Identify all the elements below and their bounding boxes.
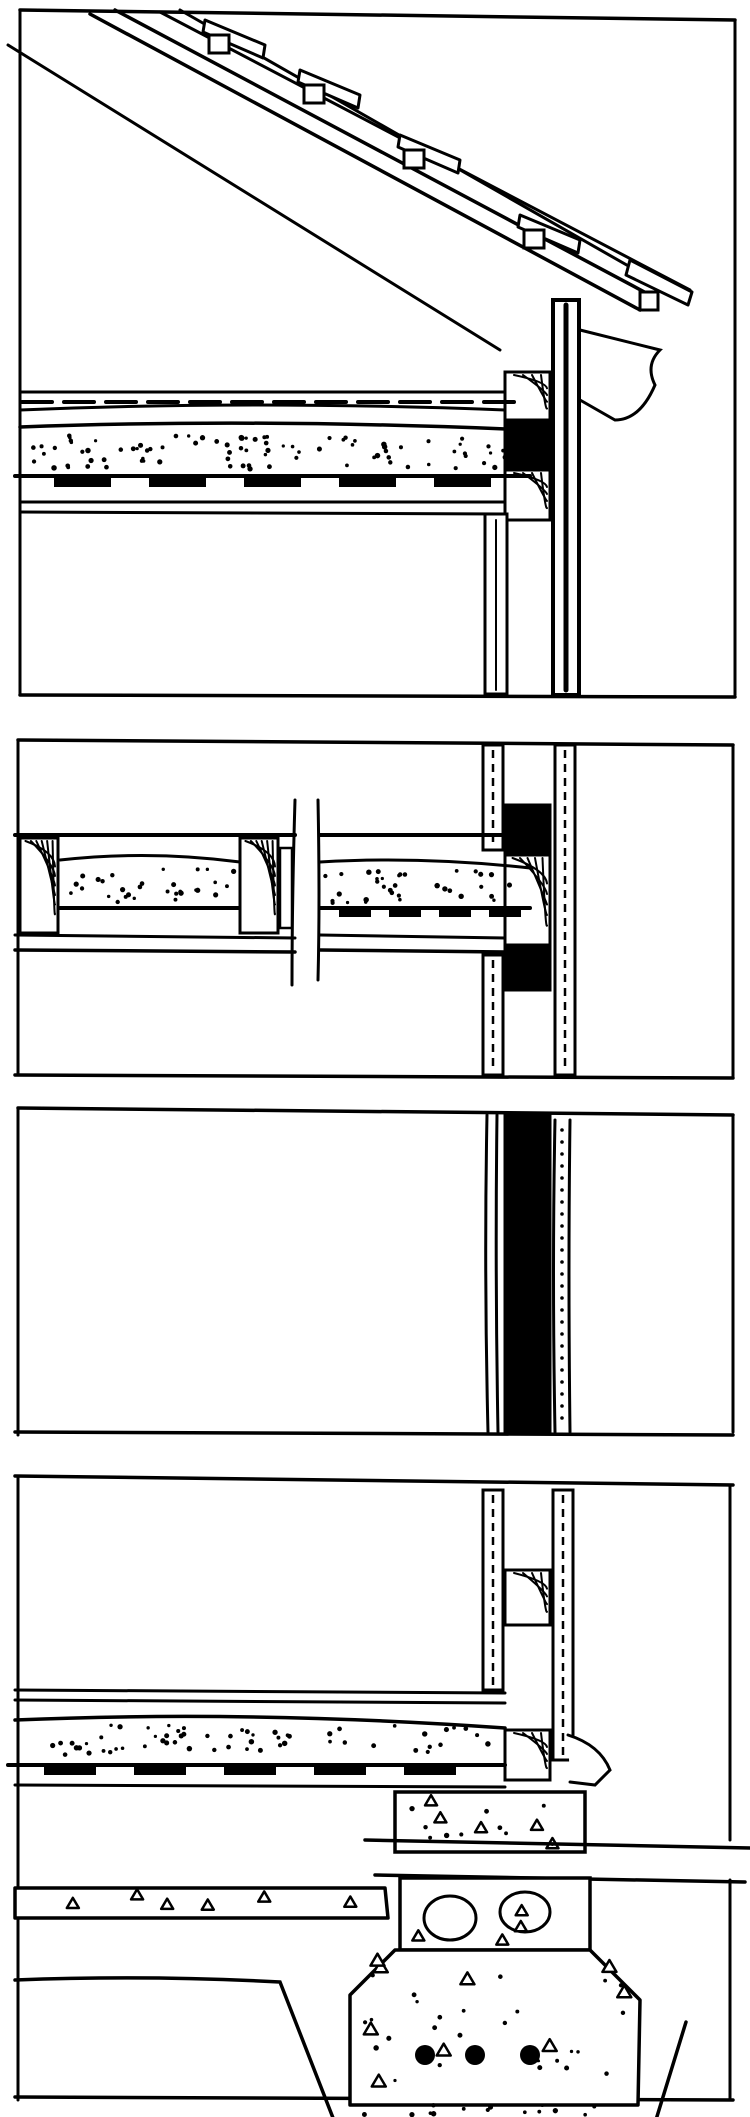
insulation-dot [100, 879, 104, 883]
insulation-dot [317, 447, 322, 452]
insulation-dot [121, 1746, 125, 1750]
eave-fascia [580, 330, 660, 420]
insulation-dot [116, 900, 120, 904]
aggregate-dot [604, 2071, 608, 2075]
insulation-dot [239, 435, 245, 441]
aggregate-dot [515, 2010, 519, 2014]
roof-batten [209, 35, 229, 53]
aggregate-dot [438, 2063, 442, 2067]
insulation-top [60, 855, 240, 862]
insulation-dot [200, 435, 205, 440]
aggregate-triangle [370, 1954, 384, 1966]
batten-strip [340, 476, 395, 486]
batten-strip [435, 476, 490, 486]
cladding-dot [560, 1128, 564, 1132]
cladding-dot [560, 1224, 564, 1228]
insulation-dot [454, 466, 458, 470]
insulation-dot [258, 1748, 263, 1753]
insulation-dot [330, 899, 334, 903]
cladding-dot [560, 1392, 564, 1396]
insulation-dot [194, 888, 197, 891]
cladding-dot [560, 1320, 564, 1324]
rubble-stone [424, 1896, 476, 1940]
insulation-dot [53, 446, 57, 450]
roof-batten [304, 85, 324, 103]
batten-strip [490, 908, 520, 916]
batten-strip [405, 1765, 455, 1774]
insulation-dot [114, 1747, 118, 1751]
insulation-dot [478, 872, 483, 877]
panel-foundation [8, 1476, 750, 2117]
insulation-dot [213, 892, 218, 897]
insulation-dot [492, 465, 497, 470]
insulation-dot [167, 1724, 170, 1727]
insulation-dot [131, 446, 136, 451]
aggregate-dot [371, 1973, 375, 1977]
insulation-dot [164, 1733, 169, 1738]
insulation-dot [327, 1731, 332, 1736]
aggregate-dot [503, 2021, 507, 2025]
insulation-dot [428, 1745, 432, 1749]
insulation-dot [452, 1726, 456, 1730]
frame-top [18, 1108, 733, 1115]
insulation-dot [70, 441, 74, 445]
insulation-dot [74, 1745, 79, 1750]
panel-intermediate-floor [15, 740, 733, 1078]
insulation-dot [146, 1726, 149, 1729]
insulation-dot [212, 1748, 216, 1752]
insulation-dot [264, 453, 267, 456]
batten-strip [440, 908, 470, 916]
insulation-dot [133, 897, 136, 900]
aggregate-dot [393, 2079, 396, 2082]
insulation-dot [249, 1739, 254, 1744]
interior-wall [483, 1490, 503, 1690]
insulation-dot [388, 460, 392, 464]
ceiling-board-bottom [320, 950, 505, 952]
insulation-dot [193, 441, 198, 446]
aggregate-dot [621, 2011, 625, 2015]
insulation-dot [196, 867, 200, 871]
aggregate-dot [542, 1804, 546, 1808]
insulation-dot [225, 884, 229, 888]
insulation-dot [166, 890, 170, 894]
insulation-dot [327, 436, 331, 440]
insulation-dot [479, 885, 483, 889]
insulation-dot [486, 444, 490, 448]
insulation-dot [403, 872, 408, 877]
insulation-dot [171, 882, 176, 887]
insulation-dot [187, 434, 190, 437]
stud-blocking [505, 1115, 550, 1432]
insulation-dot [241, 463, 246, 468]
gravel-dot [409, 2112, 414, 2117]
insulation-dot [398, 898, 402, 902]
insulation-dot [375, 877, 379, 881]
panel-wall [15, 1108, 733, 1435]
cladding-dot [560, 1248, 564, 1252]
reinforcement-bar [520, 2045, 540, 2065]
insulation-dot [228, 464, 233, 469]
insulation-dot [96, 877, 101, 882]
insulation-dot [160, 1738, 165, 1743]
insulation-dot [86, 1750, 91, 1755]
insulation-dot [345, 464, 349, 468]
ceiling-board-top [15, 935, 295, 938]
gravel-dot [523, 2110, 527, 2114]
insulation-dot [119, 447, 124, 452]
insulation-dot [444, 1727, 449, 1732]
insulation-dot [399, 445, 403, 449]
insulation-dot [102, 1749, 106, 1753]
pipe-right [318, 800, 319, 980]
insulation-dot [386, 455, 391, 460]
insulation-dot [176, 1729, 180, 1733]
cladding-dot [560, 1140, 564, 1144]
aggregate-dot [459, 1832, 463, 1836]
insulation-dot [489, 872, 494, 877]
insulation-dot [174, 898, 178, 902]
insulation-dot [448, 888, 453, 893]
insulation-dot [442, 886, 447, 891]
aggregate-dot [619, 1983, 623, 1987]
insulation-dot [482, 461, 486, 465]
batten-strip [340, 908, 370, 916]
insulation-dot [226, 1745, 231, 1750]
insulation-dot [143, 1744, 147, 1748]
interior-lining-1 [486, 1115, 488, 1432]
insulation-dot [463, 1726, 468, 1731]
insulation-dot [474, 869, 478, 873]
aggregate-dot [555, 2059, 559, 2063]
insulation-dot [353, 439, 357, 443]
roof-batten [524, 230, 544, 248]
cladding-dot [560, 1416, 564, 1420]
insulation-dot [276, 1736, 280, 1740]
gravel-dot [429, 2111, 433, 2115]
insulation-dot [328, 1740, 332, 1744]
insulation-dot [157, 459, 162, 464]
insulation-top [20, 423, 530, 430]
insulation-dot [376, 869, 381, 874]
wall-section-drawing [0, 0, 750, 2117]
insulation-dot [213, 881, 217, 885]
frame-top [18, 740, 733, 745]
insulation-dot [504, 456, 508, 460]
insulation-dot [244, 448, 248, 452]
insulation-dot [265, 448, 270, 453]
insulation-dot [501, 449, 505, 453]
insulation-dot [264, 441, 269, 446]
insulation-dot [294, 456, 298, 460]
ceiling-board-bottom [15, 950, 295, 952]
insulation-dot [267, 464, 272, 469]
insulation-dot [214, 439, 219, 444]
cladding-inner [554, 1120, 556, 1432]
cladding-dot [560, 1332, 564, 1336]
aggregate-dot [428, 1836, 432, 1840]
insulation-dot [206, 868, 209, 871]
rim-joist [505, 805, 550, 855]
insulation-dot [406, 465, 411, 470]
gravel-dot [462, 2107, 466, 2111]
insulation-dot [339, 872, 343, 876]
insulation-dot [85, 464, 90, 469]
interior-lining-2 [496, 1115, 498, 1432]
insulation-dot [94, 439, 97, 442]
cladding-dot [560, 1296, 564, 1300]
roof-batten [404, 150, 424, 168]
batten-strip [55, 476, 110, 486]
insulation-dot [393, 1724, 397, 1728]
floor-top [15, 1690, 505, 1693]
cladding-dot [560, 1272, 564, 1276]
insulation-dot [323, 874, 327, 878]
insulation-dot [80, 450, 84, 454]
floor-top-2 [15, 1700, 505, 1703]
rafter-top [115, 10, 650, 295]
insulation-dot [108, 1750, 112, 1754]
gravel-dot [541, 2104, 544, 2107]
roof-batten [640, 292, 658, 310]
insulation-dot [104, 465, 109, 470]
cladding-dot [560, 1200, 564, 1204]
gravel-dot [537, 2110, 541, 2114]
insulation-dot [507, 883, 512, 888]
aggregate-dot [386, 2036, 391, 2041]
ceiling-slope-line [8, 45, 500, 350]
cladding-dot [560, 1188, 564, 1192]
insulation-dot [138, 443, 143, 448]
insulation-dot [438, 1743, 443, 1748]
insulation-dot [245, 1747, 249, 1751]
concrete-footing [350, 1950, 640, 2105]
insulation-dot [88, 458, 93, 463]
aggregate-dot [415, 2000, 418, 2003]
insulation-dot [70, 1741, 75, 1746]
insulation-dot [458, 894, 463, 899]
insulation-dot [397, 874, 401, 878]
cladding-dot [560, 1236, 564, 1240]
aggregate-dot [457, 2033, 462, 2038]
insulation-dot [179, 1733, 184, 1738]
cladding-dot [560, 1212, 564, 1216]
ceiling-board-bottom [20, 512, 505, 514]
insulation-dot [382, 885, 386, 889]
insulation-dot [162, 868, 165, 871]
aggregate-dot [537, 2065, 542, 2070]
cladding-dot [560, 1368, 564, 1372]
cladding-dot [560, 1404, 564, 1408]
insulation-dot [138, 885, 143, 890]
insulation-dot [74, 882, 79, 887]
insulation-dot [297, 450, 301, 454]
insulation-dot [117, 1724, 122, 1729]
insulation-dot [413, 1748, 418, 1753]
aggregate-triangle [602, 1960, 616, 1972]
reinforcement-bar [465, 2045, 485, 2065]
insulation-dot [161, 445, 165, 449]
cladding-dot [560, 1260, 564, 1264]
aggregate-dot [444, 1833, 449, 1838]
rim-joist-bottom [505, 945, 550, 990]
insulation-dot [31, 445, 36, 450]
insulation-dot [381, 877, 384, 880]
insulation-dot [455, 869, 459, 873]
aggregate-dot [498, 1974, 503, 1979]
cladding-dot [560, 1380, 564, 1384]
batten-strip [150, 476, 205, 486]
insulation-dot [426, 439, 430, 443]
aggregate-dot [570, 2050, 573, 2053]
aggregate-dot [484, 1809, 489, 1814]
panel-roof-eave [8, 10, 735, 697]
insulation-dot [341, 438, 345, 442]
insulation-dot [364, 900, 367, 903]
insulation-dot [107, 895, 110, 898]
insulation-dot [485, 1741, 490, 1746]
insulation-dot [109, 1724, 112, 1727]
insulation-dot [50, 1743, 55, 1748]
insulation-dot [272, 1730, 277, 1735]
insulation-dot [228, 1734, 233, 1739]
aggregate-dot [497, 1825, 502, 1830]
insulation-dot [154, 1735, 157, 1738]
insulation-dot [174, 892, 178, 896]
cladding-dot [560, 1164, 564, 1168]
attic-floor-bottom [20, 405, 505, 410]
aggregate-dot [603, 1979, 607, 1983]
insulation-dot [227, 450, 232, 455]
batten-strip [315, 1765, 365, 1774]
insulation-dot [63, 1752, 68, 1757]
ceiling-board-top [320, 935, 505, 938]
insulation-dot [182, 1726, 186, 1730]
insulation-dot [375, 453, 381, 459]
cladding-dot [560, 1152, 564, 1156]
insulation-dot [286, 1733, 290, 1737]
batten-strip [390, 908, 420, 916]
insulation-dot [262, 435, 266, 439]
insulation-dot [80, 886, 84, 890]
slab-bottom [15, 1785, 505, 1787]
insulation-dot [422, 1731, 427, 1736]
insulation-dot [245, 1729, 250, 1734]
insulation-top [15, 1716, 505, 1728]
aggregate-dot [409, 1806, 414, 1811]
aggregate-dot [373, 2045, 378, 2050]
insulation-dot [205, 1734, 209, 1738]
insulation-dot [337, 1726, 342, 1731]
batten-strip [135, 1765, 185, 1774]
insulation-top [320, 860, 530, 868]
insulation-dot [225, 442, 230, 447]
aggregate-dot [576, 2050, 579, 2053]
gravel-dot [431, 2103, 435, 2107]
insulation-dot [346, 901, 349, 904]
cladding-dot [560, 1308, 564, 1312]
insulation-dot [366, 869, 371, 874]
aggregate-dot [363, 2020, 367, 2024]
insulation-dot [460, 437, 464, 441]
batten-strip [225, 1765, 275, 1774]
insulation-dot [239, 446, 243, 450]
insulation-dot [69, 891, 73, 895]
frame-bottom [15, 1075, 733, 1078]
insulation-dot [120, 887, 125, 892]
cladding-dot [560, 1344, 564, 1348]
cladding-dot [560, 1284, 564, 1288]
insulation-dot [174, 434, 179, 439]
aggregate-dot [432, 2025, 437, 2030]
insulation-dot [371, 1743, 376, 1748]
cladding-dot [560, 1356, 564, 1360]
insulation-dot [384, 449, 389, 454]
insulation-dot [351, 443, 355, 447]
insulation-dot [291, 445, 295, 449]
gravel-dot [486, 2108, 490, 2112]
insulation-dot [99, 1735, 103, 1739]
insulation-dot [397, 894, 401, 898]
aggregate-dot [462, 2009, 466, 2013]
insulation-dot [426, 1750, 430, 1754]
insulation-dot [85, 1742, 88, 1745]
aggregate-dot [412, 1992, 417, 1997]
insulation-dot [148, 447, 152, 451]
insulation-dot [343, 1740, 347, 1744]
gravel-dot [592, 2104, 596, 2108]
insulation-dot [51, 465, 57, 471]
insulation-dot [489, 451, 492, 454]
insulation-dot [452, 450, 456, 454]
cladding-dot [560, 1176, 564, 1180]
reinforcement-bar [415, 2045, 435, 2065]
insulation-dot [231, 869, 236, 874]
gravel-dot [362, 2112, 367, 2117]
insulation-dot [382, 444, 387, 449]
aggregate-dot [370, 2018, 374, 2022]
insulation-dot [102, 457, 107, 462]
insulation-dot [124, 895, 128, 899]
gravel-dot [553, 2108, 558, 2113]
insulation-dot [66, 466, 70, 470]
excavation-right [655, 2022, 686, 2117]
insulation-dot [247, 466, 252, 471]
insulation-dot [173, 1740, 178, 1745]
interior-wall-lower [483, 955, 503, 1075]
insulation-dot [282, 1741, 287, 1746]
pipe-left [292, 800, 295, 985]
cladding-outer [569, 1120, 570, 1432]
insulation-dot [278, 1743, 282, 1747]
drip-edge [568, 1735, 610, 1785]
insulation-dot [393, 883, 398, 888]
insulation-dot [226, 456, 231, 461]
insulation-dot [492, 899, 495, 902]
insulation-dot [240, 1728, 244, 1732]
batten-strip [245, 476, 300, 486]
insulation-dot [475, 1733, 479, 1737]
insulation-dot [136, 447, 139, 450]
aggregate-dot [504, 1831, 508, 1835]
frame-top [15, 1476, 733, 1485]
insulation-dot [58, 1741, 63, 1746]
gravel-dot [583, 2113, 587, 2117]
insulation-dot [178, 890, 182, 894]
insulation-dot [253, 437, 258, 442]
aggregate-dot [564, 2065, 569, 2070]
joist-blocking [280, 848, 292, 928]
